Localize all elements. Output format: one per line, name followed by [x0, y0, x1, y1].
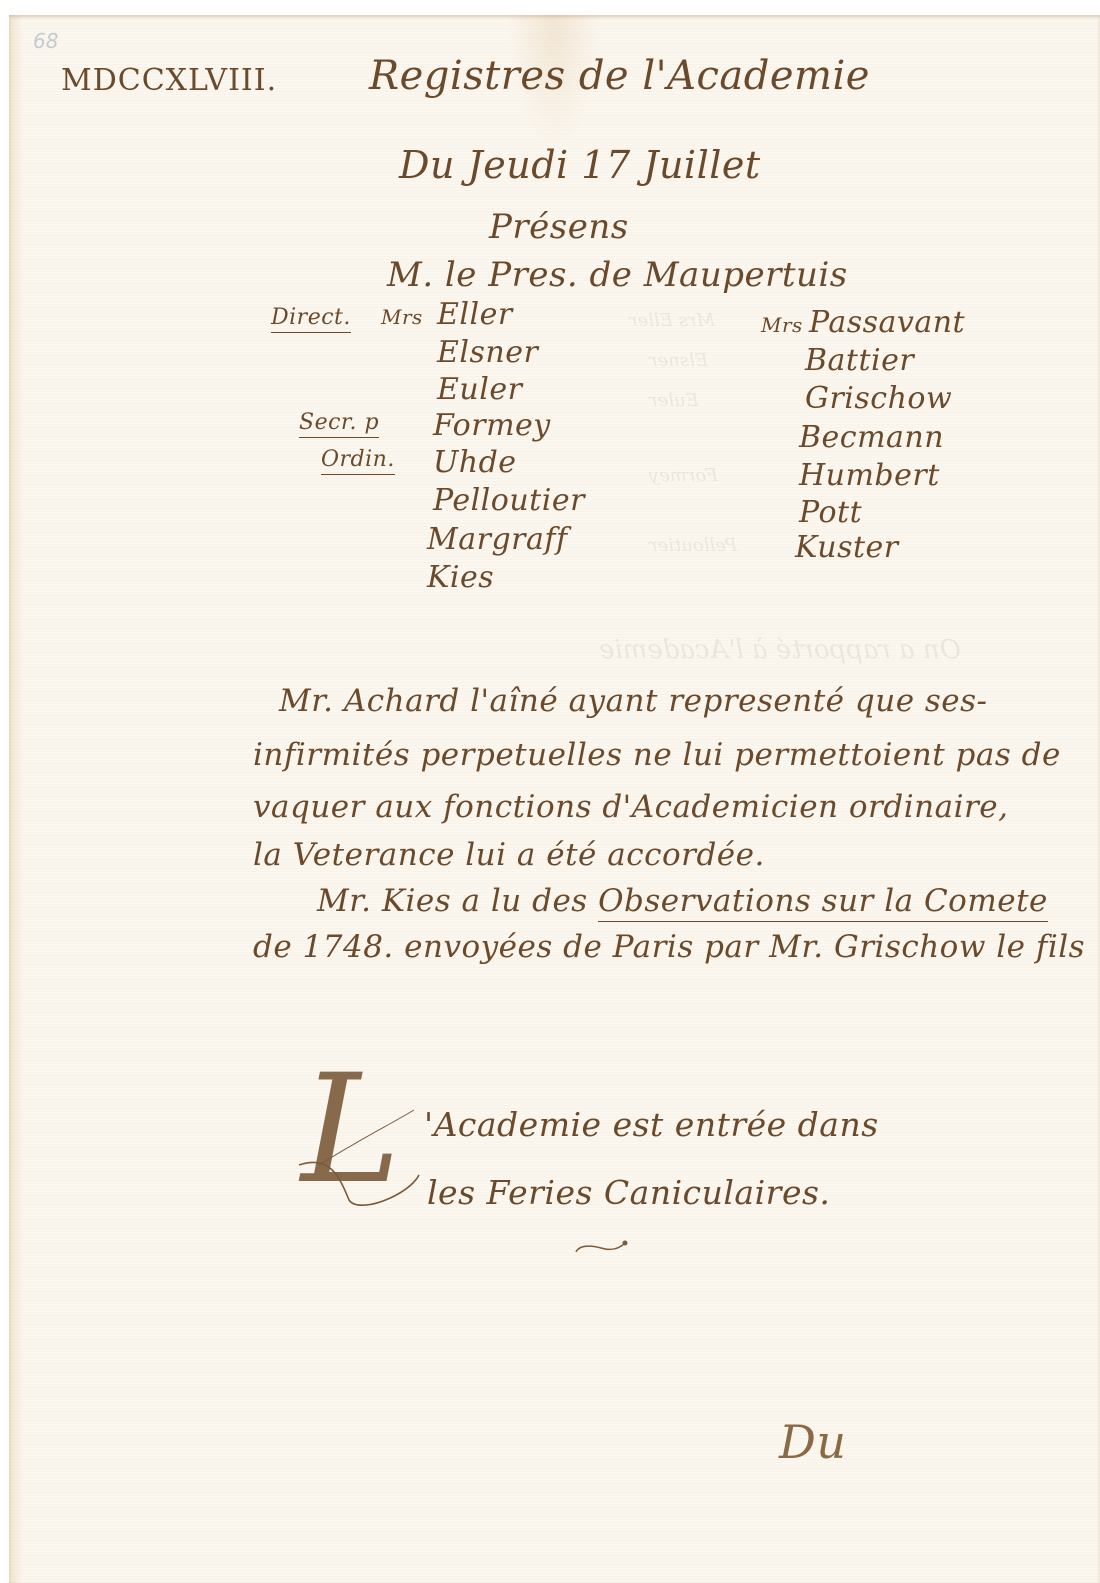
year-roman-numeral: MDCCXLVIII. — [61, 63, 277, 98]
member-name: Passavant — [809, 305, 965, 340]
paragraph-2-prefix: Mr. Kies a lu des — [317, 883, 598, 919]
member-name: Becmann — [799, 420, 944, 455]
closing-line-2: les Feries Caniculaires. — [427, 1173, 830, 1212]
paper-title-underlined: Observations sur la Comete — [598, 883, 1048, 922]
bleed-through-line: Euler — [649, 390, 699, 411]
folio-number: 68 — [33, 29, 58, 53]
paragraph-2-line: Mr. Kies a lu des Observations sur la Co… — [317, 883, 1048, 919]
date-line: Du Jeudi 17 Juillet — [399, 143, 761, 187]
present-label: Présens — [489, 207, 629, 247]
member-name: Formey — [433, 408, 551, 443]
catchword: Du — [779, 1415, 847, 1469]
tilde-flourish — [571, 1237, 631, 1257]
member-name: Eller — [437, 297, 513, 332]
paragraph-2-line: de 1748. envoyées de Paris par Mr. Grisc… — [253, 929, 1085, 965]
role-label-ordinary: Ordin. — [321, 447, 395, 475]
member-name: Margraff — [427, 522, 568, 557]
paragraph-1-line: infirmités perpetuelles ne lui permettoi… — [253, 737, 1061, 773]
paragraph-1-line: la Veterance lui a été accordée. — [253, 837, 765, 873]
member-name: Kies — [427, 560, 494, 595]
role-label-director: Direct. — [271, 305, 351, 333]
president-line: M. le Pres. de Maupertuis — [387, 255, 848, 295]
paragraph-1-line: vaquer aux fonctions d'Academicien ordin… — [253, 789, 1009, 825]
bleed-through-line: Elsner — [649, 350, 708, 371]
member-name: Pott — [799, 495, 862, 530]
initial-flourish — [289, 1105, 429, 1215]
manuscript-page: On a rapporté à l'Academie Mrs Eller Els… — [9, 15, 1100, 1583]
bleed-through-line: Mrs Eller — [629, 310, 715, 331]
members-prefix-left: Mrs — [381, 305, 423, 329]
closing-line-1: 'Academie est entrée dans — [424, 1105, 879, 1144]
member-name: Euler — [437, 372, 522, 407]
bleed-through-line: Formey — [649, 465, 718, 486]
role-label-secretary: Secr. p — [299, 410, 379, 438]
member-name: Battier — [805, 343, 914, 378]
register-title: Registres de l'Academie — [369, 53, 870, 99]
member-name: Elsner — [437, 335, 538, 370]
member-name: Humbert — [799, 458, 940, 493]
bleed-through-line: Pelloutier — [649, 535, 737, 556]
bleed-through-line: On a rapporté à l'Academie — [599, 635, 961, 665]
members-prefix-right: Mrs — [761, 313, 803, 337]
member-name: Kuster — [795, 530, 899, 565]
member-name: Grischow — [805, 381, 952, 416]
paragraph-1-line: Mr. Achard l'aîné ayant representé que s… — [279, 683, 988, 719]
member-name: Uhde — [433, 445, 517, 480]
member-name: Pelloutier — [433, 483, 585, 518]
